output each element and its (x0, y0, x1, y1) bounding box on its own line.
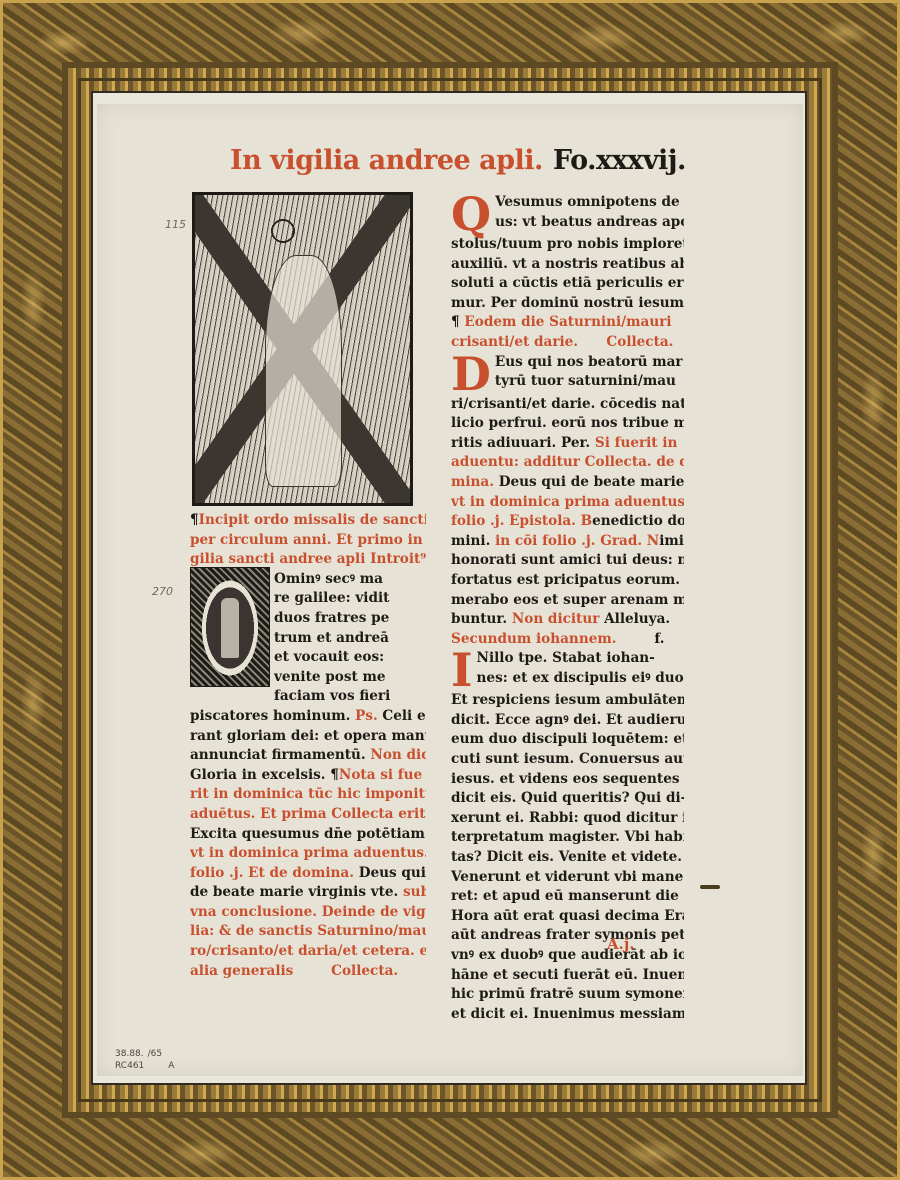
introit-line: duos fratres pe (274, 609, 426, 629)
gospel-line: iesus. et videns eos sequentes se: (451, 770, 684, 790)
gospel-line: et dicit ei. Inuenimus messiam: (451, 1005, 684, 1025)
introit-line: trum et andreā (274, 629, 426, 649)
woodcut-st-andrew (192, 192, 413, 506)
text-line: ritis adiuuari. Per. Si fuerit in (451, 434, 684, 454)
saint-figure-icon (265, 255, 342, 487)
gospel-line: nes: et ex discipulis eiꝰ duo (477, 669, 684, 689)
running-header: In vigilia andree apli.Fo.xxxvij. (230, 145, 686, 176)
collect-line: tyrū tuor saturnini/mau (495, 372, 684, 392)
text-line: buntur. Non dicitur Alleluya. (451, 610, 684, 630)
gospel-line: aūt andreas frater symonis petri (451, 926, 684, 946)
text-line: aduentu: additur Collecta. de do (451, 453, 684, 473)
text-line: ¶ Eodem die Saturnini/mauri (451, 313, 684, 333)
text-line: annunciat firmamentū. Non dicitur (190, 746, 426, 766)
text-line: lia: & de sanctis Saturnino/mau (190, 922, 426, 942)
margin-note-middle: 270 (152, 585, 173, 598)
gospel-line: Venerunt et viderunt vbi mane- (451, 868, 684, 888)
gospel-line: cuti sunt iesum. Conuersus autē (451, 750, 684, 770)
text-line: alia generalis Collecta. (190, 962, 426, 982)
rubric-line: per circulum anni. Et primo in vi (190, 531, 426, 551)
gospel-line: xerunt ei. Rabbi: quod dicitur in- (451, 809, 684, 829)
text-line: crisanti/et darie. Collecta. (451, 333, 684, 353)
initial-q: Q (451, 193, 491, 235)
text-line: Gloria in excelsis. ¶Nota si fue (190, 766, 426, 786)
text-line: soluti a cūctis etiā periculis erua (451, 274, 684, 294)
gospel-line: tas? Dicit eis. Venite et videte. (451, 848, 684, 868)
gospel-line: hāne et secuti fuerāt eū. Inuenit (451, 966, 684, 986)
text-line: auxiliū. vt a nostris reatibus ab- (451, 255, 684, 275)
text-line: folio .j. Et de domina. Deus qui (190, 864, 426, 884)
text-line: merabo eos et super arenam multiplica (451, 591, 684, 611)
introit-line: re galilee: vidit (274, 589, 426, 609)
text-line: stolus/tuum pro nobis imploret (451, 235, 684, 255)
gospel-line: Et respiciens iesum ambulātem (451, 691, 684, 711)
historiated-initial-d (190, 567, 270, 687)
text-line: Secundum iohannem. f. (451, 630, 684, 650)
text-line: rant gloriam dei: et opera manuum eius (190, 727, 426, 747)
text-line: ri/crisanti/et darie. cōcedis nata- (451, 395, 684, 415)
gospel-line: eum duo discipuli loquētem: et se (451, 730, 684, 750)
introit-line: Ominꝰ secꝰ ma (274, 570, 426, 590)
introit-line: venite post me (274, 668, 426, 688)
gospel-line: Nillo tpe. Stabat iohan- (477, 649, 684, 669)
accession-number: 38.88./65 RC461A (115, 1048, 174, 1072)
text-line: Excita quesumus dn̄e potētiam. (190, 825, 426, 845)
introit-line: faciam vos fieri (274, 687, 426, 707)
gospel-line: vnꝰ ex duobꝰ que audierāt ab io- (451, 946, 684, 966)
text-line: aduētus. Et prima Collecta erit (190, 805, 426, 825)
gospel-line: hic primū fratrē suum symonem (451, 985, 684, 1005)
margin-note-top: 115 (165, 218, 186, 231)
initial-d: D (451, 353, 491, 395)
text-line: folio .j. Epistola. Benedictio do- (451, 512, 684, 532)
ink-stain (700, 885, 720, 889)
folio-number: Fo.xxxvij. (553, 145, 686, 176)
text-line: vna conclusione. Deinde de vigi (190, 903, 426, 923)
collect-line: Vesumus omnipotens de (495, 193, 684, 213)
signature-mark: A.j. (607, 935, 635, 953)
gospel-line: ret: et apud eū manserunt die illo (451, 887, 684, 907)
introit-line: et vocauit eos: (274, 648, 426, 668)
text-line: ro/crisanto/et daria/et cetera. et (190, 942, 426, 962)
text-line: mini. in cōi folio .j. Grad. Nimis (451, 532, 684, 552)
text-line: mur. Per dominū nostrū iesum. (451, 294, 684, 314)
saint-in-initial-icon (221, 598, 239, 658)
text-line: vt in dominica prima aduentus. (451, 493, 684, 513)
text-line: vt in dominica prima aduentus. (190, 844, 426, 864)
gospel-line: dicit. Ecce agnꝰ dei. Et audierunt (451, 711, 684, 731)
rubric-line: ¶Incipit ordo missalis de sanctis (190, 511, 426, 531)
text-line: fortatus est pricipatus eorum. V. Dinu- (451, 571, 684, 591)
gospel-line: dicit eis. Quid queritis? Qui di- (451, 789, 684, 809)
initial-i: I (451, 649, 473, 691)
collect-line: us: vt beatus andreas apo (495, 213, 684, 233)
gospel-line: terpretatum magister. Vbi habi- (451, 828, 684, 848)
text-line: piscatores hominum. Ps. Celi enar (190, 707, 426, 727)
right-column: Q Vesumus omnipotens de us: vt beatus an… (451, 193, 684, 1024)
text-line: de beate marie virginis vte. sub (190, 883, 426, 903)
header-title: In vigilia andree apli. (230, 145, 543, 176)
text-line: mina. Deus qui de beate marie. (451, 473, 684, 493)
gospel-line: Hora aūt erat quasi decima Erat (451, 907, 684, 927)
collect-line: Eus qui nos beatorū mar (495, 353, 684, 373)
text-line: licio perfrui. eorū nos tribue me- (451, 414, 684, 434)
text-line: honorati sunt amici tui deus: nimis con (451, 551, 684, 571)
text-line: rit in dominica tūc hic imponitur (190, 785, 426, 805)
